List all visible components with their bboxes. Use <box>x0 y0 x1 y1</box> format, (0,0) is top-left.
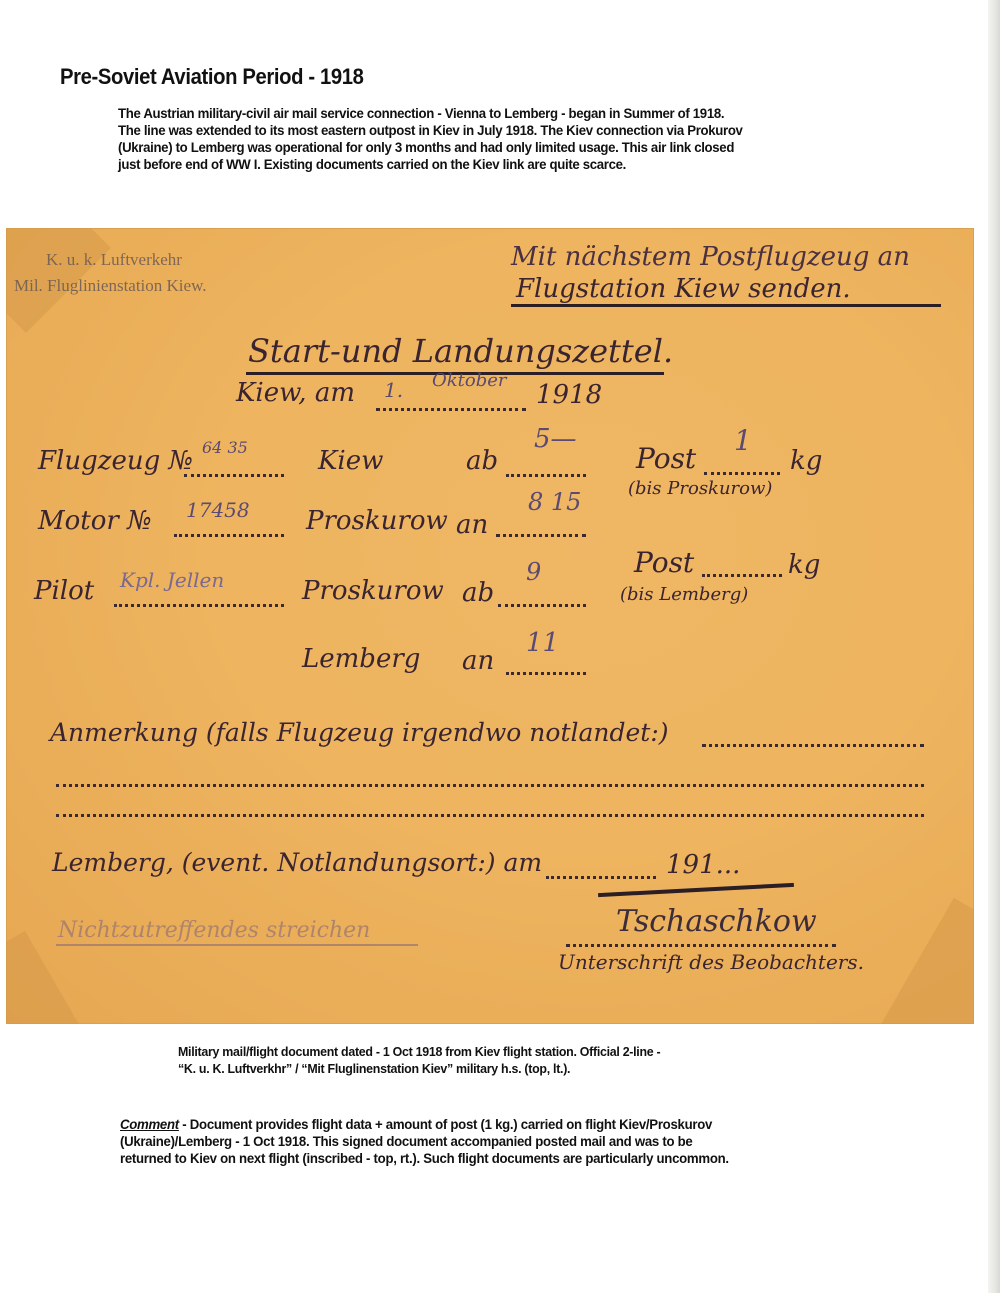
post-unit-2: kg <box>788 550 820 580</box>
station-lemberg: Lemberg <box>302 644 420 674</box>
comment-line: (Ukraine)/Lemberg - 1 Oct 1918. This sig… <box>120 1134 883 1151</box>
intro-line: The line was extended to its most easter… <box>118 123 862 140</box>
arrival-date-dots <box>546 876 656 879</box>
comment-paragraph: Comment - Document provides flight data … <box>120 1117 883 1168</box>
stricken-note: Nichtzutreffendes streichen <box>58 918 370 943</box>
post-unit-1: kg <box>790 446 822 476</box>
intro-line: The Austrian military-civil air mail ser… <box>118 106 862 123</box>
station-proskurow-arrival: Proskurow <box>306 506 448 536</box>
date-place-label: Kiew, am <box>236 378 355 408</box>
remark-dots-2 <box>56 784 924 787</box>
date-month: Oktober <box>432 370 507 391</box>
comment-label: Comment <box>120 1117 179 1133</box>
remark-label: Anmerkung (falls Flugzeug irgendwo notla… <box>50 718 669 747</box>
arrival-year: 191... <box>666 850 740 880</box>
post-dots-1 <box>704 472 780 475</box>
departure-label-2: ab <box>462 578 494 608</box>
stricken-underline <box>56 944 418 946</box>
page-edge <box>988 0 1000 1293</box>
comment-line: returned to Kiev on next flight (inscrib… <box>120 1151 883 1168</box>
station-kiev: Kiew <box>318 446 383 476</box>
flight-document-image: K. u. k. Luftverkehr Mil. Fluglinienstat… <box>6 228 974 1024</box>
aircraft-number-value: 64 35 <box>202 438 248 457</box>
motor-number-label: Motor № <box>38 506 152 536</box>
arrival-time-proskurow: 8 15 <box>528 488 581 516</box>
arrival-place-label: Lemberg, (event. Notlandungsort:) am <box>52 848 542 877</box>
departure-label: ab <box>466 446 498 476</box>
remark-dots-1 <box>702 744 924 747</box>
comment-text: - Document provides flight data + amount… <box>179 1117 712 1133</box>
arrival-label: an <box>456 510 488 540</box>
post-weight-1: 1 <box>734 424 752 457</box>
intro-paragraph: The Austrian military-civil air mail ser… <box>118 106 862 174</box>
post-label-1: Post <box>636 442 696 475</box>
date-day: 1. <box>384 378 403 402</box>
handstamp-line-2: Mil. Fluglinienstation Kiew. <box>14 276 207 296</box>
remark-dots-3 <box>56 814 924 817</box>
paper-corner-fold <box>869 898 974 1024</box>
caption-line: “K. u. K. Luftverkhr” / “Mit Fluglinenst… <box>178 1060 817 1077</box>
arrival-label-2: an <box>462 646 494 676</box>
post-label-2: Post <box>634 546 694 579</box>
page-title: Pre-Soviet Aviation Period - 1918 <box>60 64 364 90</box>
arrival-dots-2 <box>506 672 586 675</box>
date-year: 1918 <box>536 380 602 410</box>
aircraft-number-dots <box>184 474 284 477</box>
post-note-1: (bis Proskurow) <box>628 478 772 499</box>
signature-stroke <box>598 883 794 897</box>
post-note-2: (bis Lemberg) <box>620 584 748 605</box>
intro-line: just before end of WW I. Existing docume… <box>118 157 862 174</box>
signature-label: Unterschrift des Beobachters. <box>558 950 864 974</box>
departure-dots-2 <box>498 604 586 607</box>
instruction-line-2: Flugstation Kiew senden. <box>516 274 851 304</box>
pilot-label: Pilot <box>34 576 94 606</box>
instruction-line-1: Mit nächstem Postflugzeug an <box>511 242 910 272</box>
motor-number-value: 17458 <box>186 498 250 522</box>
instruction-underline <box>511 304 941 307</box>
signature-dots <box>566 944 836 947</box>
arrival-time-lemberg: 11 <box>526 628 559 658</box>
intro-line: (Ukraine) to Lemberg was operational for… <box>118 140 862 157</box>
comment-line: Comment - Document provides flight data … <box>120 1117 883 1134</box>
date-dots <box>376 408 526 411</box>
departure-dots <box>506 474 586 477</box>
caption-line: Military mail/flight document dated - 1 … <box>178 1043 817 1060</box>
departure-time-proskurow: 9 <box>526 558 541 586</box>
pilot-name: Kpl. Jellen <box>120 568 224 592</box>
handstamp-line-1: K. u. k. Luftverkehr <box>46 250 182 270</box>
motor-number-dots <box>174 534 284 537</box>
observer-signature: Tschaschkow <box>616 904 817 939</box>
form-title: Start-und Landungszettel. <box>248 332 673 370</box>
station-proskurow-departure: Proskurow <box>302 576 444 606</box>
departure-time-kiev: 5— <box>534 424 577 454</box>
arrival-dots <box>496 534 586 537</box>
post-dots-2 <box>702 574 782 577</box>
pilot-dots <box>114 604 284 607</box>
image-caption: Military mail/flight document dated - 1 … <box>178 1043 817 1077</box>
aircraft-number-label: Flugzeug № <box>38 446 193 476</box>
